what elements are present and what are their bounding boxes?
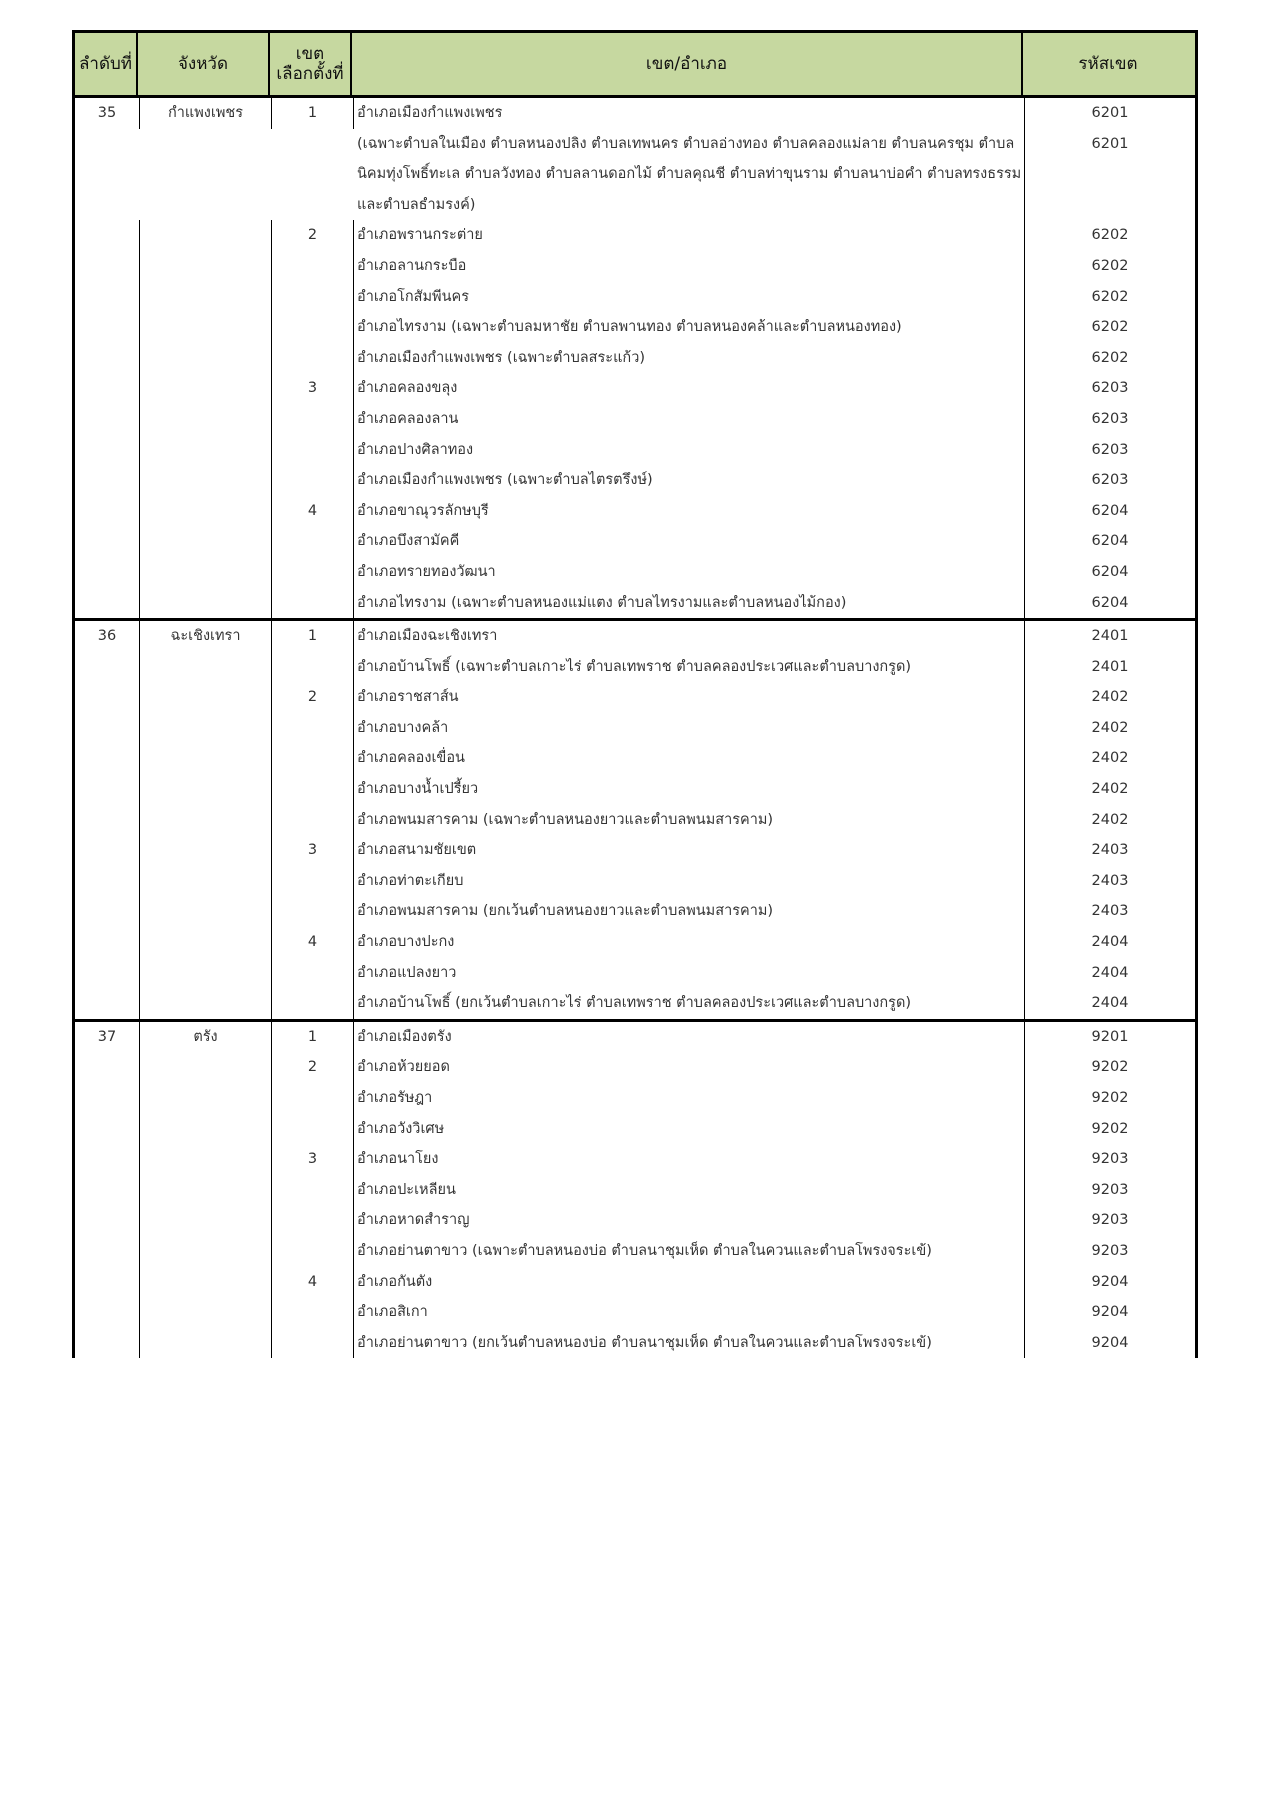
table-row: อำเภอบางคล้า2402 [75, 713, 1195, 744]
province-group: 37ตรัง1อำเภอเมืองตรัง92012อำเภอห้วยยอด92… [75, 1022, 1195, 1359]
province-cell [140, 435, 272, 466]
district-no-cell [272, 282, 354, 313]
order-cell [75, 1144, 140, 1175]
district-no-cell [272, 866, 354, 897]
area-cell: อำเภอนาโยง [354, 1144, 1025, 1175]
province-cell: ตรัง [140, 1022, 272, 1053]
area-cell: อำเภอบ้านโพธิ์ (เฉพาะตำบลเกาะไร่ ตำบลเทพ… [354, 652, 1025, 683]
order-cell [75, 713, 140, 744]
order-cell [75, 1052, 140, 1083]
table-row: อำเภอย่านตาขาว (เฉพาะตำบลหนองบ่อ ตำบลนาช… [75, 1236, 1195, 1267]
area-cell: อำเภอสิเกา [354, 1297, 1025, 1328]
order-cell [75, 1297, 140, 1328]
district-no-cell: 2 [272, 682, 354, 713]
district-no-cell [272, 251, 354, 282]
table-row: อำเภอย่านตาขาว (ยกเว้นตำบลหนองบ่อ ตำบลนา… [75, 1328, 1195, 1359]
district-no-cell [272, 435, 354, 466]
table-row: 2อำเภอพรานกระต่าย6202 [75, 220, 1195, 251]
district-no-cell: 3 [272, 1144, 354, 1175]
area-cell: อำเภอบางปะกง [354, 927, 1025, 958]
order-cell [75, 465, 140, 496]
area-cell: อำเภอแปลงยาว [354, 958, 1025, 989]
order-cell [75, 404, 140, 435]
order-cell [75, 1083, 140, 1114]
area-cell: อำเภอย่านตาขาว (เฉพาะตำบลหนองบ่อ ตำบลนาช… [354, 1236, 1025, 1267]
code-cell: 9203 [1025, 1205, 1195, 1236]
area-cell: อำเภอเมืองฉะเชิงเทรา [354, 621, 1025, 652]
table-row: อำเภอบ้านโพธิ์ (เฉพาะตำบลเกาะไร่ ตำบลเทพ… [75, 652, 1195, 683]
order-cell [75, 220, 140, 251]
district-no-cell: 1 [272, 621, 354, 652]
area-cell: อำเภอพรานกระต่าย [354, 220, 1025, 251]
area-cell: อำเภอพนมสารคาม (ยกเว้นตำบลหนองยาวและตำบล… [354, 896, 1025, 927]
district-no-cell [272, 1175, 354, 1206]
order-cell [75, 1205, 140, 1236]
table-row: 4อำเภอกันตัง9204 [75, 1267, 1195, 1298]
code-cell: 9203 [1025, 1236, 1195, 1267]
order-cell [75, 652, 140, 683]
table-row: อำเภอเมืองกำแพงเพชร (เฉพาะตำบลไตรตรึงษ์)… [75, 465, 1195, 496]
order-cell [75, 1267, 140, 1298]
province-cell [140, 1114, 272, 1145]
province-cell [140, 557, 272, 588]
code-cell: 2404 [1025, 988, 1195, 1019]
area-cell: อำเภอบางน้ำเปรี้ยว [354, 774, 1025, 805]
province-cell [140, 251, 272, 282]
province-cell [140, 774, 272, 805]
district-no-cell [272, 343, 354, 374]
province-cell [140, 526, 272, 557]
code-cell: 6203 [1025, 404, 1195, 435]
table-row: อำเภอพนมสารคาม (ยกเว้นตำบลหนองยาวและตำบล… [75, 896, 1195, 927]
area-cell: อำเภอวังวิเศษ [354, 1114, 1025, 1145]
province-cell [140, 927, 272, 958]
district-no-cell: 4 [272, 496, 354, 527]
province-cell [140, 1052, 272, 1083]
code-cell: 6204 [1025, 526, 1195, 557]
code-cell: 6202 [1025, 282, 1195, 313]
province-cell [140, 835, 272, 866]
order-cell [75, 743, 140, 774]
code-cell: 9202 [1025, 1052, 1195, 1083]
area-cell: อำเภอทรายทองวัฒนา [354, 557, 1025, 588]
code-cell: 2401 [1025, 621, 1195, 652]
code-cell: 9204 [1025, 1267, 1195, 1298]
province-cell [140, 496, 272, 527]
order-cell [75, 1114, 140, 1145]
order-cell [75, 1175, 140, 1206]
area-cell: อำเภอปะเหลียน [354, 1175, 1025, 1206]
area-cell: อำเภอไทรงาม (เฉพาะตำบลหนองแม่แตง ตำบลไทร… [354, 588, 1025, 619]
area-cell: อำเภอหาดสำราญ [354, 1205, 1025, 1236]
code-cell: 6204 [1025, 557, 1195, 588]
area-cell: อำเภอเมืองตรัง [354, 1022, 1025, 1053]
district-no-cell [272, 896, 354, 927]
province-cell [140, 743, 272, 774]
table-row: 3อำเภอคลองขลุง6203 [75, 373, 1195, 404]
table-row: 2อำเภอราชสาส์น2402 [75, 682, 1195, 713]
header-province: จังหวัด [138, 33, 270, 95]
district-no-cell [272, 805, 354, 836]
code-cell: 2401 [1025, 652, 1195, 683]
area-cell: อำเภอสนามชัยเขต [354, 835, 1025, 866]
order-cell [75, 927, 140, 958]
district-no-cell: 4 [272, 1267, 354, 1298]
table-row: อำเภอปางศิลาทอง6203 [75, 435, 1195, 466]
province-cell [140, 1144, 272, 1175]
district-no-cell [272, 404, 354, 435]
district-no-cell: 1 [272, 98, 354, 129]
province-cell [140, 805, 272, 836]
order-cell [75, 1236, 140, 1267]
code-cell: 6202 [1025, 220, 1195, 251]
province-cell [140, 343, 272, 374]
table-row: 2อำเภอห้วยยอด9202 [75, 1052, 1195, 1083]
table-row: อำเภอพนมสารคาม (เฉพาะตำบลหนองยาวและตำบลพ… [75, 805, 1195, 836]
code-cell: 6203 [1025, 435, 1195, 466]
area-cell: อำเภอบึงสามัคคี [354, 526, 1025, 557]
order-cell: 37 [75, 1022, 140, 1053]
code-cell: 2403 [1025, 835, 1195, 866]
order-cell [75, 588, 140, 619]
area-cell: อำเภอกันตัง [354, 1267, 1025, 1298]
code-cell: 2404 [1025, 927, 1195, 958]
table-row: อำเภอไทรงาม (เฉพาะตำบลมหาชัย ตำบลพานทอง … [75, 312, 1195, 343]
order-cell [75, 805, 140, 836]
district-no-cell [272, 743, 354, 774]
code-cell: 9203 [1025, 1144, 1195, 1175]
table-row: อำเภอแปลงยาว2404 [75, 958, 1195, 989]
code-cell: 9204 [1025, 1328, 1195, 1359]
area-cell: อำเภอเมืองกำแพงเพชร (เฉพาะตำบลไตรตรึงษ์) [354, 465, 1025, 496]
table-row: อำเภอปะเหลียน9203 [75, 1175, 1195, 1206]
area-cell: อำเภอห้วยยอด [354, 1052, 1025, 1083]
code-cell: 9201 [1025, 1022, 1195, 1053]
order-cell [75, 774, 140, 805]
order-cell [75, 988, 140, 1019]
code-cell: 6201 [1025, 129, 1195, 160]
province-cell [140, 312, 272, 343]
district-no-cell: 2 [272, 1052, 354, 1083]
province-cell [140, 652, 272, 683]
area-cell: อำเภอบ้านโพธิ์ (ยกเว้นตำบลเกาะไร่ ตำบลเท… [354, 988, 1025, 1019]
area-cell: อำเภอขาณุวรลักษบุรี [354, 496, 1025, 527]
table-row: อำเภอคลองเขื่อน2402 [75, 743, 1195, 774]
table-row: 3อำเภอนาโยง9203 [75, 1144, 1195, 1175]
province-cell: กำแพงเพชร [140, 98, 272, 129]
district-no-cell [272, 1236, 354, 1267]
area-cell: อำเภอพนมสารคาม (เฉพาะตำบลหนองยาวและตำบลพ… [354, 805, 1025, 836]
district-no-cell [272, 465, 354, 496]
order-cell [75, 958, 140, 989]
code-cell: 2403 [1025, 896, 1195, 927]
district-no-cell: 3 [272, 373, 354, 404]
order-cell [75, 251, 140, 282]
table-row: อำเภอไทรงาม (เฉพาะตำบลหนองแม่แตง ตำบลไทร… [75, 588, 1195, 619]
area-cell: อำเภอโกสัมพีนคร [354, 282, 1025, 313]
province-cell [140, 1297, 272, 1328]
district-no-cell [272, 1083, 354, 1114]
district-no-cell [272, 557, 354, 588]
area-cell: อำเภอรัษฎา [354, 1083, 1025, 1114]
code-cell: 2402 [1025, 743, 1195, 774]
header-area: เขต/อำเภอ [352, 33, 1023, 95]
code-cell: 6203 [1025, 465, 1195, 496]
table-row: (เฉพาะตำบลในเมือง ตำบลหนองปลิง ตำบลเทพนค… [75, 129, 1195, 221]
table-row: อำเภอลานกระบือ6202 [75, 251, 1195, 282]
code-cell: 6201 [1025, 98, 1195, 129]
table-row: อำเภอบางน้ำเปรี้ยว2402 [75, 774, 1195, 805]
district-no-cell [272, 1114, 354, 1145]
code-cell: 6202 [1025, 312, 1195, 343]
constituency-table: ลำดับที่ จังหวัด เขต เลือกตั้งที่ เขต/อำ… [72, 30, 1198, 1358]
province-cell [140, 866, 272, 897]
district-no-cell [272, 312, 354, 343]
order-cell: 36 [75, 621, 140, 652]
table-row: 36ฉะเชิงเทรา1อำเภอเมืองฉะเชิงเทรา2401 [75, 621, 1195, 652]
code-cell: 2404 [1025, 958, 1195, 989]
table-row: อำเภอหาดสำราญ9203 [75, 1205, 1195, 1236]
code-cell: 6202 [1025, 251, 1195, 282]
province-cell [140, 588, 272, 619]
order-cell [75, 343, 140, 374]
area-cell: อำเภอคลองเขื่อน [354, 743, 1025, 774]
district-no-cell: 3 [272, 835, 354, 866]
order-cell [75, 835, 140, 866]
district-no-cell [272, 1205, 354, 1236]
area-cell: อำเภอไทรงาม (เฉพาะตำบลมหาชัย ตำบลพานทอง … [354, 312, 1025, 343]
province-group: 35กำแพงเพชร1อำเภอเมืองกำแพงเพชร6201(เฉพา… [75, 98, 1195, 621]
order-cell [75, 373, 140, 404]
province-cell [140, 988, 272, 1019]
table-row: 37ตรัง1อำเภอเมืองตรัง9201 [75, 1022, 1195, 1053]
province-group: 36ฉะเชิงเทรา1อำเภอเมืองฉะเชิงเทรา2401อำเ… [75, 621, 1195, 1022]
area-cell: (เฉพาะตำบลในเมือง ตำบลหนองปลิง ตำบลเทพนค… [354, 129, 1025, 221]
table-row: อำเภอสิเกา9204 [75, 1297, 1195, 1328]
code-cell: 6204 [1025, 496, 1195, 527]
table-row: อำเภอบึงสามัคคี6204 [75, 526, 1195, 557]
province-cell: ฉะเชิงเทรา [140, 621, 272, 652]
code-cell: 2402 [1025, 713, 1195, 744]
order-cell [75, 435, 140, 466]
code-cell: 2402 [1025, 774, 1195, 805]
district-no-cell: 1 [272, 1022, 354, 1053]
district-no-cell [272, 1328, 354, 1359]
order-cell [75, 496, 140, 527]
province-cell [140, 1236, 272, 1267]
table-row: 35กำแพงเพชร1อำเภอเมืองกำแพงเพชร6201 [75, 98, 1195, 129]
table-body: 35กำแพงเพชร1อำเภอเมืองกำแพงเพชร6201(เฉพา… [72, 98, 1198, 1358]
table-row: อำเภอเมืองกำแพงเพชร (เฉพาะตำบลสระแก้ว)62… [75, 343, 1195, 374]
header-order: ลำดับที่ [75, 33, 138, 95]
header-district-no: เขต เลือกตั้งที่ [270, 33, 352, 95]
area-cell: อำเภอลานกระบือ [354, 251, 1025, 282]
document-page: ลำดับที่ จังหวัด เขต เลือกตั้งที่ เขต/อำ… [72, 30, 1198, 1358]
district-no-cell [272, 988, 354, 1019]
code-cell: 2402 [1025, 805, 1195, 836]
table-row: อำเภอรัษฎา9202 [75, 1083, 1195, 1114]
district-no-cell: 2 [272, 220, 354, 251]
district-no-cell [272, 1297, 354, 1328]
table-row: อำเภอบ้านโพธิ์ (ยกเว้นตำบลเกาะไร่ ตำบลเท… [75, 988, 1195, 1019]
table-row: 4อำเภอบางปะกง2404 [75, 927, 1195, 958]
province-cell [140, 404, 272, 435]
district-no-cell: 4 [272, 927, 354, 958]
code-cell: 9204 [1025, 1297, 1195, 1328]
code-cell: 6202 [1025, 343, 1195, 374]
province-cell [140, 1205, 272, 1236]
order-cell [75, 312, 140, 343]
code-cell: 6203 [1025, 373, 1195, 404]
table-row: 3อำเภอสนามชัยเขต2403 [75, 835, 1195, 866]
table-row: อำเภอทรายทองวัฒนา6204 [75, 557, 1195, 588]
province-cell [140, 465, 272, 496]
table-row: 4อำเภอขาณุวรลักษบุรี6204 [75, 496, 1195, 527]
table-row: อำเภอคลองลาน6203 [75, 404, 1195, 435]
order-cell [75, 282, 140, 313]
order-cell [75, 526, 140, 557]
district-no-cell [272, 713, 354, 744]
area-cell: อำเภอบางคล้า [354, 713, 1025, 744]
province-cell [140, 1328, 272, 1359]
table-row: อำเภอวังวิเศษ9202 [75, 1114, 1195, 1145]
table-header: ลำดับที่ จังหวัด เขต เลือกตั้งที่ เขต/อำ… [72, 30, 1198, 98]
area-cell: อำเภอเมืองกำแพงเพชร (เฉพาะตำบลสระแก้ว) [354, 343, 1025, 374]
district-no-cell [272, 652, 354, 683]
order-cell [75, 896, 140, 927]
order-cell [75, 682, 140, 713]
order-cell: 35 [75, 98, 140, 129]
district-no-cell [272, 774, 354, 805]
table-row: อำเภอโกสัมพีนคร6202 [75, 282, 1195, 313]
province-cell [140, 373, 272, 404]
code-cell: 9203 [1025, 1175, 1195, 1206]
header-code: รหัสเขต [1023, 33, 1193, 95]
province-cell [140, 282, 272, 313]
code-cell: 2403 [1025, 866, 1195, 897]
code-cell: 6204 [1025, 588, 1195, 619]
table-row: อำเภอท่าตะเกียบ2403 [75, 866, 1195, 897]
province-cell [140, 1267, 272, 1298]
code-cell: 2402 [1025, 682, 1195, 713]
area-cell: อำเภอปางศิลาทอง [354, 435, 1025, 466]
province-cell [140, 1083, 272, 1114]
province-cell [140, 958, 272, 989]
district-no-cell [272, 526, 354, 557]
area-cell: อำเภอท่าตะเกียบ [354, 866, 1025, 897]
area-cell: อำเภอเมืองกำแพงเพชร [354, 98, 1025, 129]
province-cell [140, 713, 272, 744]
area-cell: อำเภอย่านตาขาว (ยกเว้นตำบลหนองบ่อ ตำบลนา… [354, 1328, 1025, 1359]
order-cell [75, 1328, 140, 1359]
province-cell [140, 682, 272, 713]
order-cell [75, 866, 140, 897]
province-cell [140, 1175, 272, 1206]
area-cell: อำเภอคลองขลุง [354, 373, 1025, 404]
province-cell [140, 896, 272, 927]
code-cell: 9202 [1025, 1083, 1195, 1114]
district-no-cell [272, 588, 354, 619]
area-cell: อำเภอคลองลาน [354, 404, 1025, 435]
order-cell [75, 557, 140, 588]
code-cell: 9202 [1025, 1114, 1195, 1145]
area-cell: อำเภอราชสาส์น [354, 682, 1025, 713]
province-cell [140, 220, 272, 251]
district-no-cell [272, 958, 354, 989]
